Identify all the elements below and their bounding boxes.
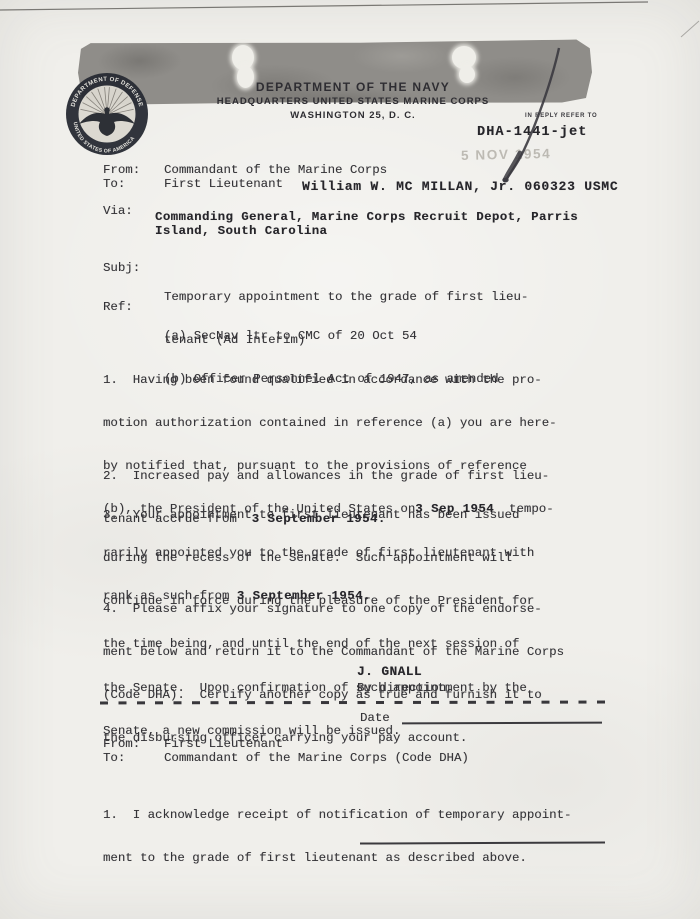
letterhead-department: DEPARTMENT OF THE NAVY <box>20 80 686 94</box>
endorsement-from-label: From: <box>103 737 140 751</box>
by-direction-line: By direction <box>357 681 446 695</box>
pen-stroke-mark <box>490 40 580 195</box>
endorsement-to-label: To: <box>103 751 125 765</box>
from-label: From: <box>103 163 140 177</box>
from-value: Commandant of the Marine Corps <box>164 163 387 177</box>
via-line-1: Commanding General, Marine Corps Recruit… <box>155 210 578 224</box>
endorsement-to-value: Commandant of the Marine Corps (Code DHA… <box>164 751 469 765</box>
scanned-letter-page: DEPARTMENT OF DEFENSE UNITED STATES OF A… <box>0 0 700 919</box>
via-line-2: Island, South Carolina <box>155 224 327 238</box>
to-label: To: <box>103 177 125 191</box>
to-name-inserted: William W. MC MILLAN, Jr. 060323 USMC <box>302 180 618 194</box>
date-blank-line <box>402 722 602 725</box>
signer-name: J. GNALL <box>357 665 422 679</box>
letterhead-headquarters: HEADQUARTERS UNITED STATES MARINE CORPS <box>20 96 686 107</box>
to-value: First Lieutenant <box>164 177 283 191</box>
subject-label: Subj: <box>103 261 140 275</box>
references-label: Ref: <box>103 300 133 314</box>
date-label: Date <box>360 711 390 725</box>
acknowledgment-paragraph: 1. I acknowledge receipt of notification… <box>103 779 571 894</box>
endorsement-from-value: First Lieutenant <box>164 737 283 751</box>
via-label: Via: <box>103 204 133 218</box>
